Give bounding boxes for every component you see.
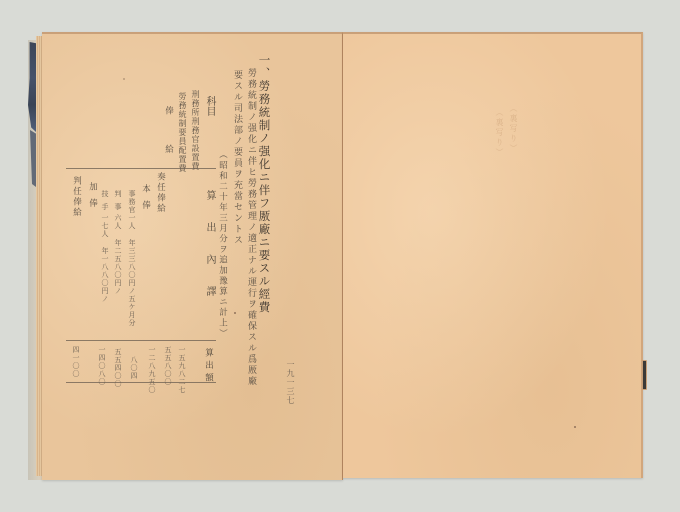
amount-7: 四一〇〇: [72, 346, 79, 378]
amount-3: 一二八九五〇: [148, 346, 155, 394]
row-detail-gishu: 一七人 年一八八〇円ノ: [101, 214, 108, 303]
table-rule-middle: [66, 340, 216, 341]
row-label-haninhokyu: 判任俸給: [72, 176, 81, 218]
table-rule-bottom: [66, 382, 216, 383]
row-detail-jimukan: 一人 年三三八〇円ノ五ケ月分: [128, 214, 135, 327]
amount-2: 五五八〇〇: [164, 346, 171, 386]
ink-spot: [574, 426, 576, 428]
staple: [642, 360, 647, 390]
row-label-kaho: 加俸: [88, 182, 97, 215]
row-label-soninhokyu: 奏任俸給: [156, 172, 165, 214]
body-line-1: 勞務統制ノ强化ニ伴ヒ勞務管理ノ適正ナル運行ヲ確保スル爲厫廠: [246, 68, 255, 387]
row-label-jimukan: 事務官: [128, 190, 135, 214]
show-through-text-2: （裏写り）: [494, 108, 505, 158]
amount-5: 五五四〇〇: [114, 348, 121, 388]
header-kamoku: 科目: [204, 96, 214, 116]
row-label-gishu: 技手: [101, 190, 108, 216]
row-label-honpo: 本俸: [141, 184, 150, 217]
ink-spot: [123, 78, 125, 80]
row-label-hanji: 判事: [114, 190, 121, 216]
section-heading: 一、勞務統制ノ强化ニ伴フ厫廠ニ要スル經費: [258, 54, 270, 314]
body-line-3: （昭和二十年三月分ヲ追加豫算ニ計上）: [218, 150, 227, 339]
right-page: [343, 32, 643, 478]
amount-6: 一四〇八〇: [98, 346, 105, 386]
amount-4: 八〇四: [130, 356, 137, 380]
category-label-1: 刑務所刑務官設置費: [191, 90, 199, 171]
table-rule-top: [66, 168, 216, 169]
row-detail-hanji: 六人 年二五八〇円ノ: [114, 214, 121, 295]
show-through-text-1: （裏写り）: [508, 104, 519, 154]
category-label-2: 勞務統制要員配置費: [178, 92, 186, 173]
page-number: 一九一三七: [286, 360, 294, 405]
amount-1: 一五九八二七: [178, 346, 185, 394]
ink-spot: [234, 312, 236, 314]
header-sanshutsu-gaku: 算出額: [204, 348, 213, 386]
header-sanshutsu-naiyaku: 算出內譯: [204, 190, 214, 318]
body-line-2: 要スル司法部ノ要員ヲ充當セントス: [232, 70, 241, 246]
booklet: 一、勞務統制ノ强化ニ伴フ厫廠ニ要スル經費 勞務統制ノ强化ニ伴ヒ勞務管理ノ適正ナル…: [0, 0, 680, 512]
